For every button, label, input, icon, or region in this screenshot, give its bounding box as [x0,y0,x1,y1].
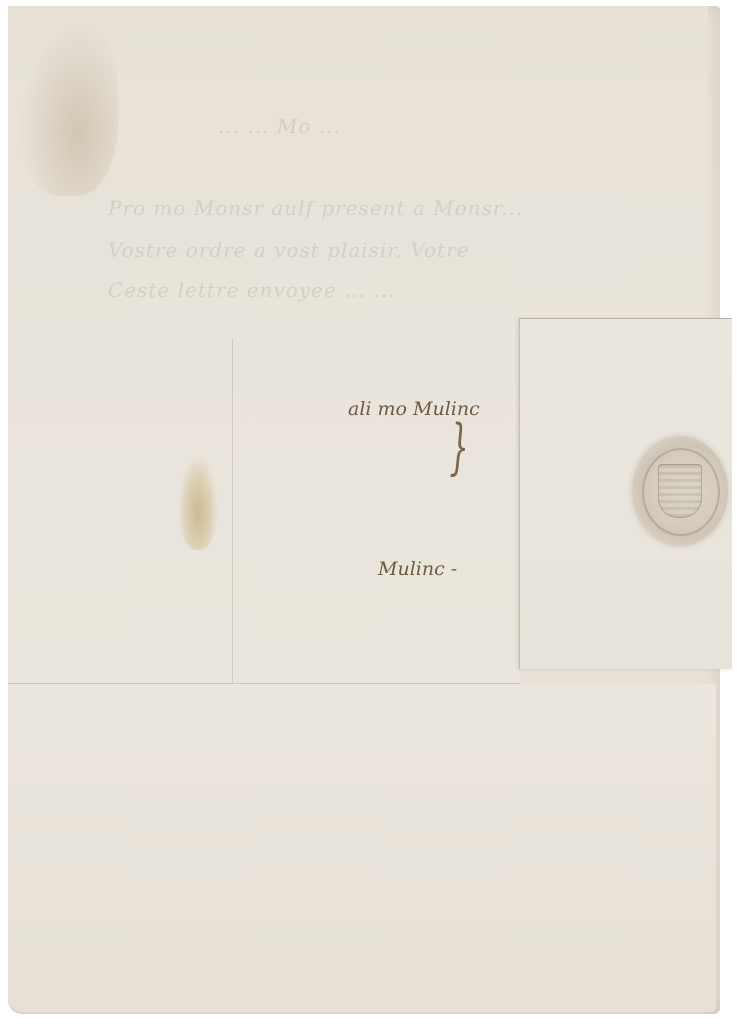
wax-seal-icon [632,436,728,546]
bleed-through-line: Ceste lettre envoyee ... ... [108,278,396,302]
bleed-through-line: ... ... Mo ... [218,114,341,138]
seal-shield-icon [658,464,702,518]
foxing-stain [178,456,218,550]
top-fold-panel: ... ... Mo ... Pro mo Monsr aulf present… [8,6,708,339]
address-panel [8,338,520,684]
bottom-fold-panel [8,684,716,1012]
fold-crease [232,338,233,683]
bleed-through-line: Pro mo Monsr aulf present a Monsr... [108,196,523,220]
flourish-mark: } [450,412,469,482]
bleed-through-line: Vostre ordre a vost plaisir. Votre [108,238,469,262]
water-stain [18,16,118,196]
address-line-2: Mulinc - [378,558,457,580]
